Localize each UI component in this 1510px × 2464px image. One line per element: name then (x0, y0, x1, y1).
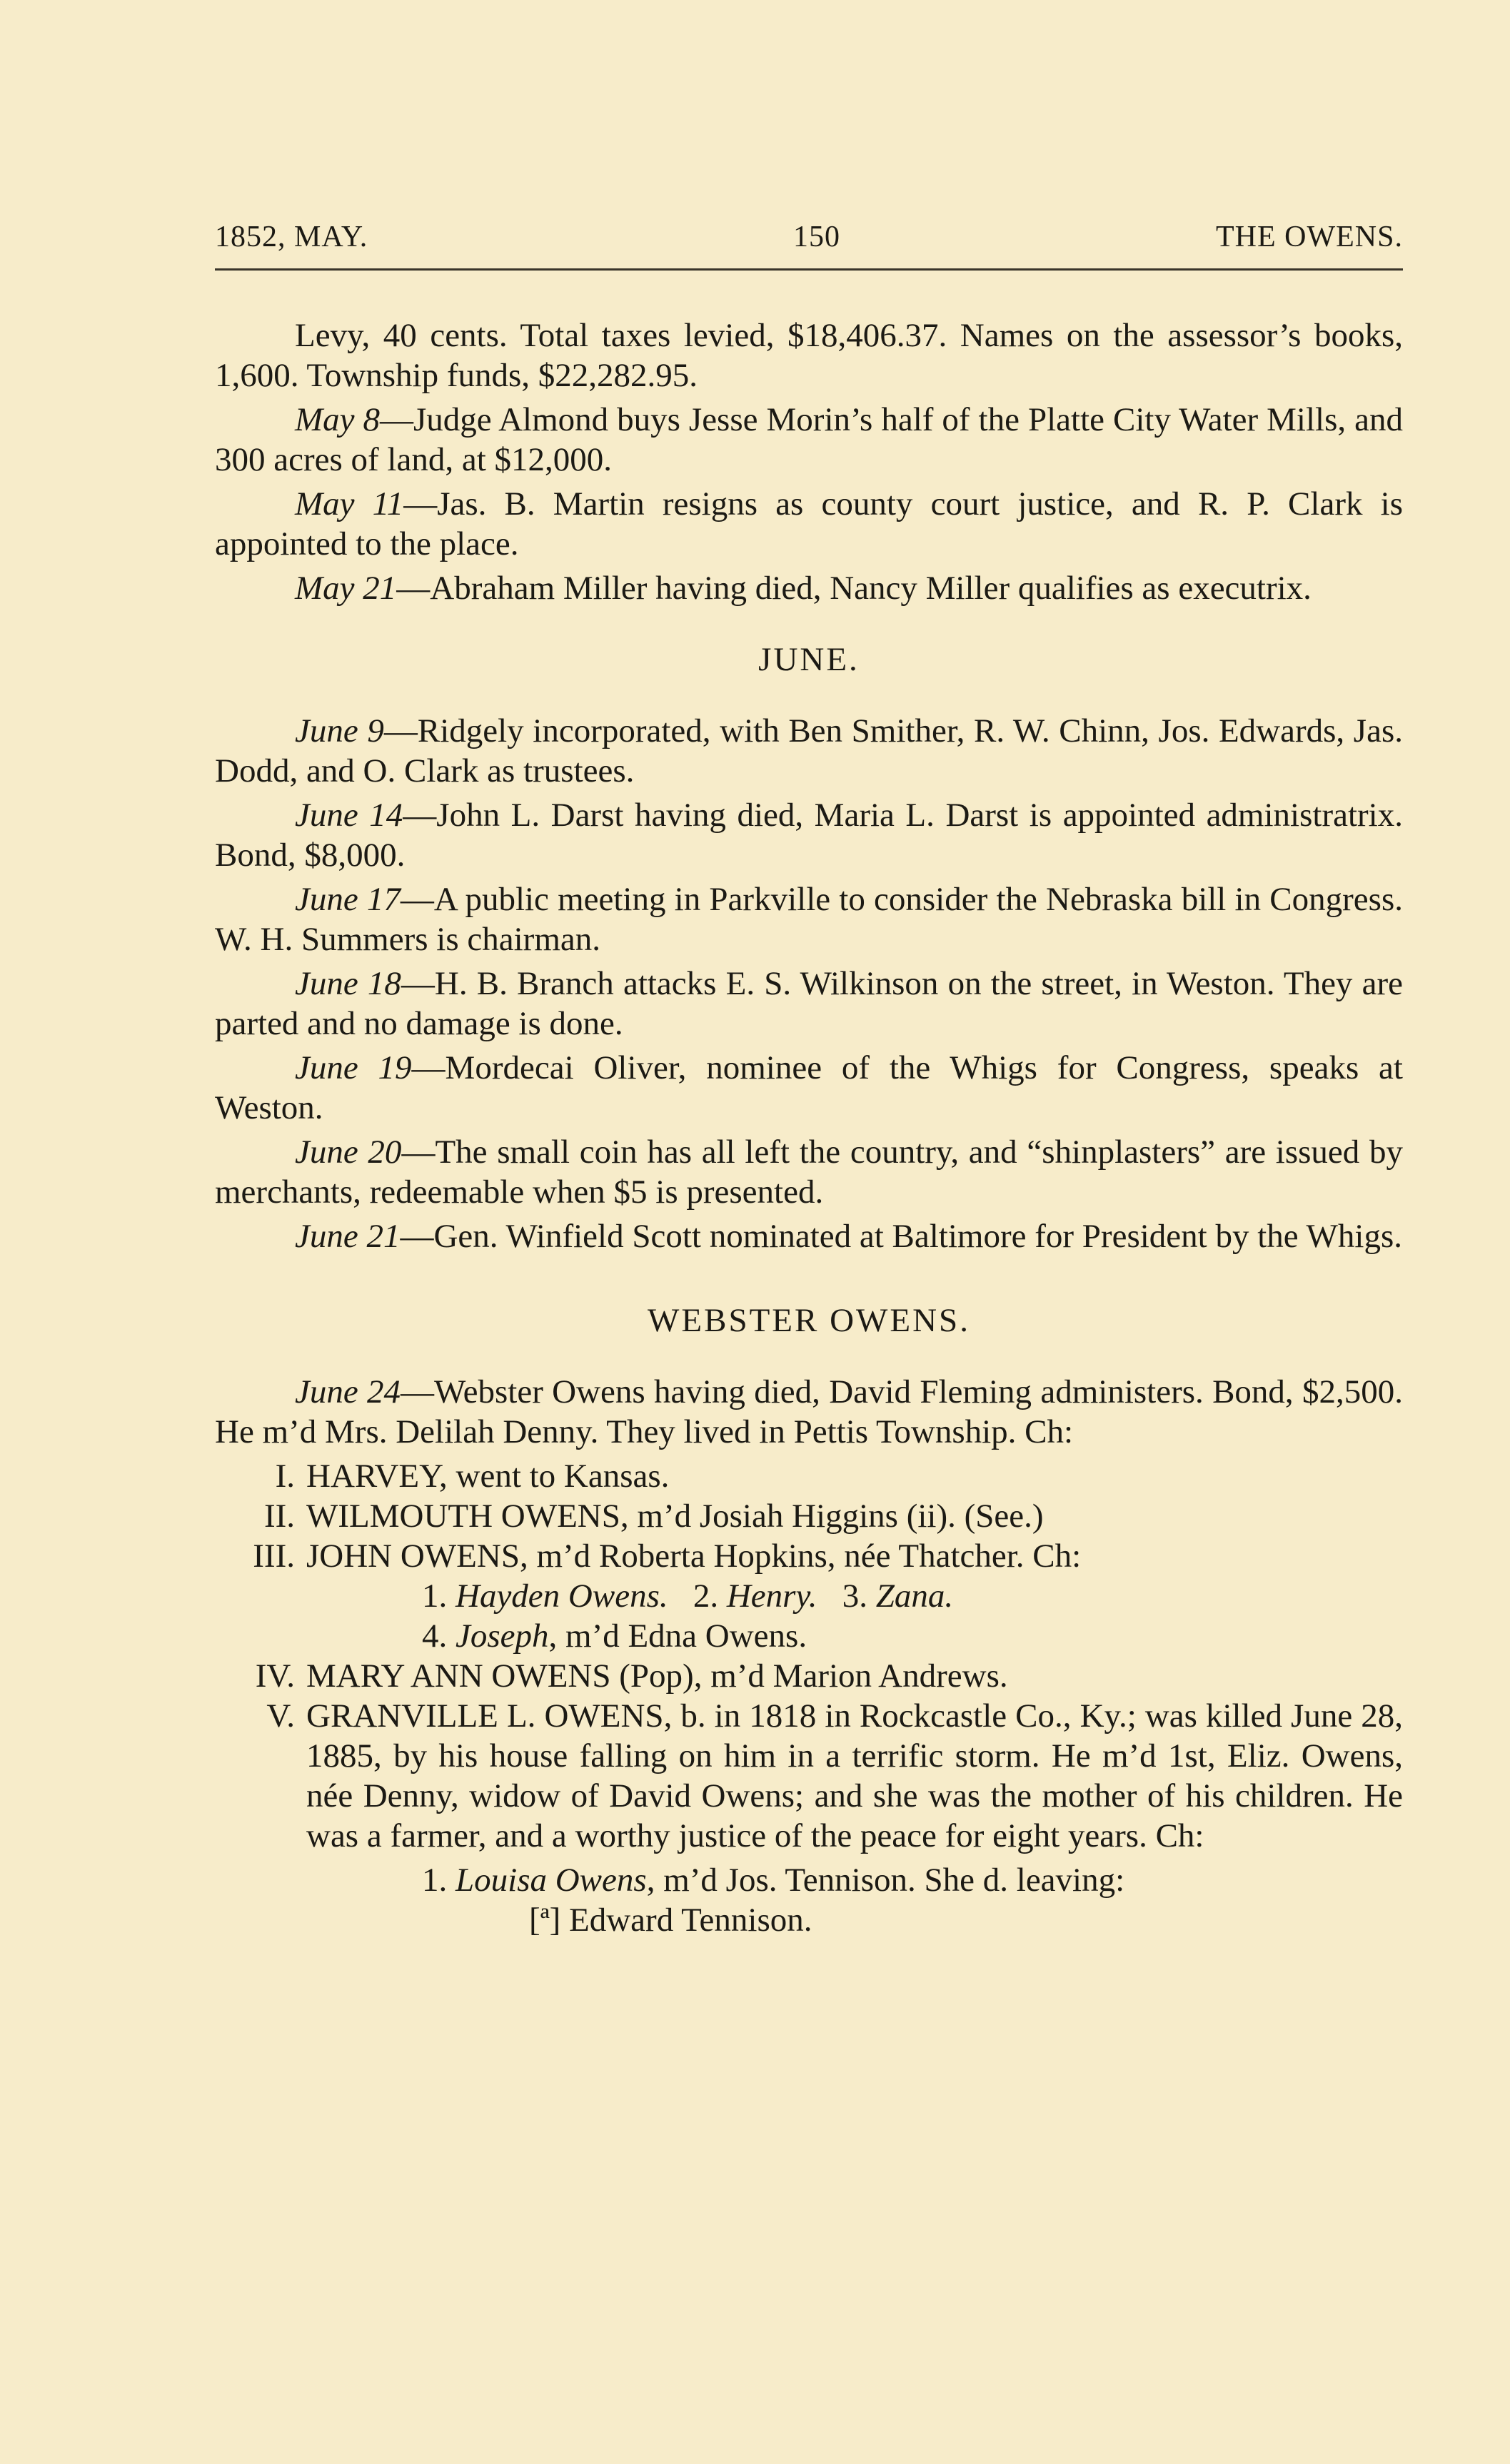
page-body: Levy, 40 cents. Total taxes levied, $18,… (215, 315, 1403, 1940)
entry-date: May 8 (295, 401, 380, 438)
entry-june-18: June 18—H. B. Branch attacks E. S. Wilki… (215, 964, 1403, 1044)
grandchildren-line: 4. Joseph, m’d Edna Owens. (215, 1616, 1403, 1656)
child-item: II.WILMOUTH OWENS, m’d Josiah Higgins (i… (215, 1496, 1403, 1536)
entry-may-21: May 21—Abraham Miller having died, Nancy… (215, 568, 1403, 608)
entry-may-11: May 11—Jas. B. Martin resigns as county … (215, 484, 1403, 564)
entry-june-24: June 24—Webster Owens having died, David… (215, 1372, 1403, 1452)
section-heading-june: JUNE. (215, 640, 1403, 680)
section-heading-webster-owens: WEBSTER OWENS. (215, 1301, 1403, 1340)
page-number: 150 (793, 220, 840, 254)
entry-june-17: June 17—A public meeting in Parkville to… (215, 879, 1403, 959)
entry-date: May 11 (295, 485, 403, 522)
header-title: THE OWENS. (1216, 220, 1403, 254)
entry-levy: Levy, 40 cents. Total taxes levied, $18,… (215, 315, 1403, 395)
entry-june-21: June 21—Gen. Winfield Scott nominated at… (215, 1216, 1403, 1256)
child-item: V.GRANVILLE L. OWENS, b. in 1818 in Rock… (215, 1696, 1403, 1856)
running-header: 1852, MAY. 150 THE OWENS. (215, 220, 1403, 256)
header-rule (215, 268, 1403, 271)
entry-june-20: June 20—The small coin has all left the … (215, 1132, 1403, 1212)
entry-june-14: June 14—John L. Darst having died, Maria… (215, 795, 1403, 875)
grandchildren-line: 1. Hayden Owens. 2. Henry. 3. Zana. (215, 1576, 1403, 1616)
grandchildren-line: 1. Louisa Owens, m’d Jos. Tennison. She … (215, 1860, 1403, 1900)
child-item: I.HARVEY, went to Kansas. (215, 1456, 1403, 1496)
great-grandchild-line: [ª] Edward Tennison. (215, 1900, 1403, 1940)
child-item: IV.MARY ANN OWENS (Pop), m’d Marion Andr… (215, 1656, 1403, 1696)
entry-june-19: June 19—Mordecai Oliver, nominee of the … (215, 1048, 1403, 1128)
child-item: III.JOHN OWENS, m’d Roberta Hopkins, née… (215, 1536, 1403, 1576)
entry-june-9: June 9—Ridgely incorporated, with Ben Sm… (215, 711, 1403, 791)
header-date: 1852, MAY. (215, 220, 368, 254)
entry-may-8: May 8—Judge Almond buys Jesse Morin’s ha… (215, 400, 1403, 480)
entry-date: May 21 (295, 570, 396, 607)
